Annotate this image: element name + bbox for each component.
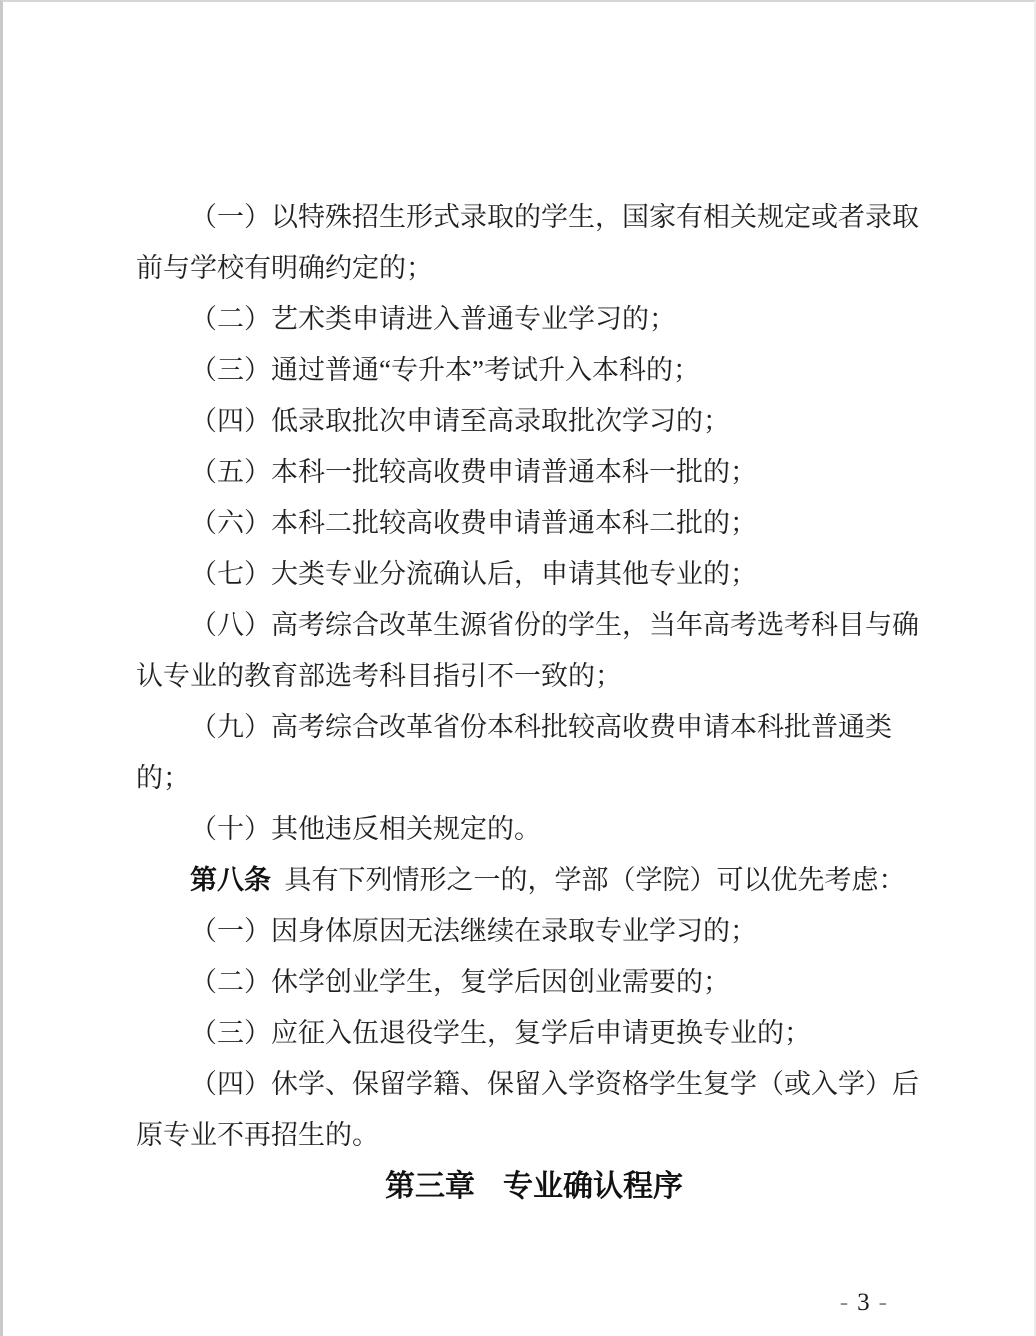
clause-text: （三）通过普通“专升本”考试升入本科的； (190, 355, 700, 385)
clause-text: （一）因身体原因无法继续在录取专业学习的； (190, 916, 757, 946)
page-number-dash-right: - (870, 1289, 896, 1316)
clause-text: （四）低录取批次申请至高录取批次学习的； (190, 406, 730, 436)
page-number-dash-left: - (831, 1289, 857, 1316)
clause-text: （九）高考综合改革省份本科批较高收费申请本科批普通类的； (136, 712, 892, 793)
document-body: （一）以特殊招生形式录取的学生，国家有相关规定或者录取前与学校有明确约定的； （… (136, 192, 932, 1213)
chapter-number: 第三章 (385, 1161, 475, 1213)
clause-text: （二）艺术类申请进入普通专业学习的； (190, 304, 676, 334)
clause-item-5: （五）本科一批较高收费申请普通本科一批的； (136, 447, 932, 498)
clause-text: （三）应征入伍退役学生，复学后申请更换专业的； (190, 1018, 811, 1048)
page-number: -3- (831, 1288, 896, 1318)
article-8-paragraph: 第八条具有下列情形之一的，学部（学院）可以优先考虑： (136, 855, 932, 906)
clause-text: （五）本科一批较高收费申请普通本科一批的； (190, 457, 757, 487)
article-number-label: 第八条 (190, 865, 271, 895)
clause-item-7: （七）大类专业分流确认后，申请其他专业的； (136, 549, 932, 600)
clause-item-10: （十）其他违反相关规定的。 (136, 804, 932, 855)
chapter-title: 专业确认程序 (503, 1161, 683, 1213)
clause-item-2: （二）艺术类申请进入普通专业学习的； (136, 294, 932, 345)
clause-text: （十）其他违反相关规定的。 (190, 814, 541, 844)
chapter-heading: 第三章 专业确认程序 (136, 1161, 932, 1213)
clause-text: （八）高考综合改革生源省份的学生，当年高考选考科目与确认专业的教育部选考科目指引… (136, 610, 919, 691)
clause-text: （七）大类专业分流确认后，申请其他专业的； (190, 559, 757, 589)
document-page: （一）以特殊招生形式录取的学生，国家有相关规定或者录取前与学校有明确约定的； （… (0, 0, 1036, 1336)
clause-item-12: （二）休学创业学生，复学后因创业需要的； (136, 957, 932, 1008)
clause-text: （四）休学、保留学籍、保留入学资格学生复学（或入学）后原专业不再招生的。 (136, 1069, 919, 1150)
clause-item-4: （四）低录取批次申请至高录取批次学习的； (136, 396, 932, 447)
page-number-value: 3 (857, 1289, 870, 1316)
clause-text: （一）以特殊招生形式录取的学生，国家有相关规定或者录取前与学校有明确约定的； (136, 202, 919, 283)
clause-item-1: （一）以特殊招生形式录取的学生，国家有相关规定或者录取前与学校有明确约定的； (136, 192, 932, 294)
clause-item-13: （三）应征入伍退役学生，复学后申请更换专业的； (136, 1008, 932, 1059)
article-text: 具有下列情形之一的，学部（学院）可以优先考虑： (285, 865, 906, 895)
clause-item-8: （八）高考综合改革生源省份的学生，当年高考选考科目与确认专业的教育部选考科目指引… (136, 600, 932, 702)
clause-item-9: （九）高考综合改革省份本科批较高收费申请本科批普通类的； (136, 702, 932, 804)
clause-item-11: （一）因身体原因无法继续在录取专业学习的； (136, 906, 932, 957)
clause-text: （六）本科二批较高收费申请普通本科二批的； (190, 508, 757, 538)
clause-text: （二）休学创业学生，复学后因创业需要的； (190, 967, 730, 997)
clause-item-14: （四）休学、保留学籍、保留入学资格学生复学（或入学）后原专业不再招生的。 (136, 1059, 932, 1161)
clause-item-6: （六）本科二批较高收费申请普通本科二批的； (136, 498, 932, 549)
clause-item-3: （三）通过普通“专升本”考试升入本科的； (136, 345, 932, 396)
